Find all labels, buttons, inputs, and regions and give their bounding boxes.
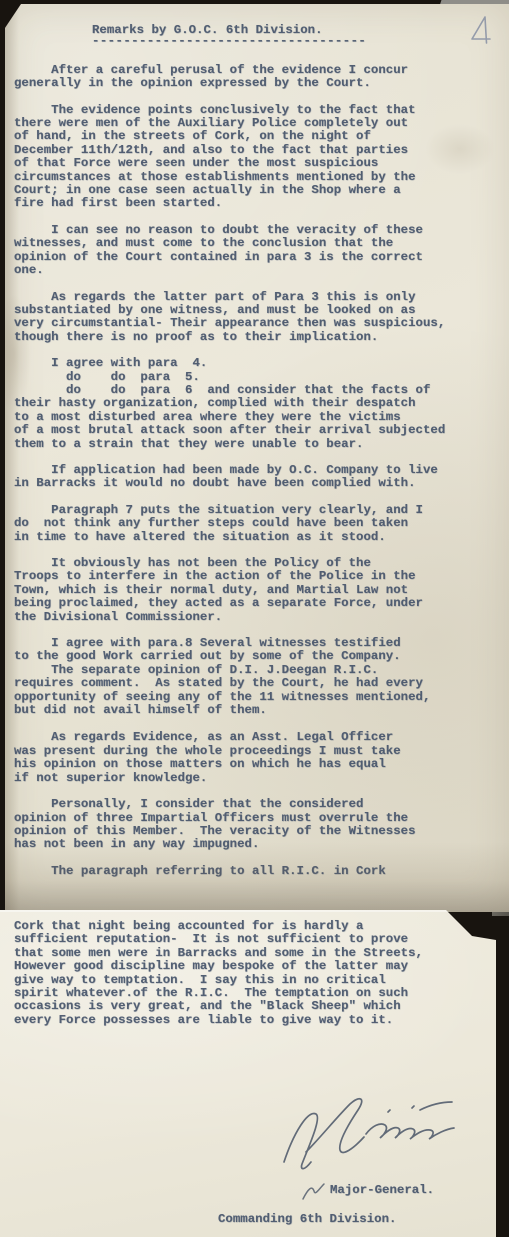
scanned-document: { "page_annotation": "4", "colors": { "i…: [0, 0, 509, 1237]
paragraph: As regards the latter part of Para 3 thi…: [14, 291, 499, 345]
paragraph: Personally, I consider that the consider…: [14, 798, 499, 852]
paragraph: If application had been made by O.C. Com…: [14, 464, 499, 491]
paragraph: The paragraph referring to all R.I.C. in…: [14, 865, 499, 878]
paragraph: It obviously has not been the Policy of …: [14, 557, 499, 624]
signature: [262, 1090, 467, 1190]
paragraph: I agree with para 4. do do para 5. do do…: [14, 357, 499, 451]
title-underline: -----------------------------------: [92, 35, 499, 48]
paragraph: After a careful perusal of the evidence …: [14, 64, 499, 91]
paragraph: Paragraph 7 puts the situation very clea…: [14, 504, 499, 544]
handwritten-tick-mark: [300, 1182, 326, 1202]
paragraph: The evidence points conclusively to the …: [14, 104, 499, 211]
paragraph: Cork that night being accounted for is h…: [14, 920, 423, 1027]
paragraph: I agree with para.8 Several witnesses te…: [14, 637, 499, 717]
paragraph: As regards Evidence, as an Asst. Legal O…: [14, 731, 499, 785]
page-1: Remarks by G.O.C. 6th Division. --------…: [5, 4, 509, 912]
handwritten-page-number: [468, 14, 496, 46]
page-2: Cork that night being accounted for is h…: [0, 910, 496, 1237]
signature-rank: Major-General.: [330, 1184, 434, 1197]
signature-unit: Commanding 6th Division.: [218, 1213, 396, 1226]
paragraph: I can see no reason to doubt the veracit…: [14, 224, 499, 278]
